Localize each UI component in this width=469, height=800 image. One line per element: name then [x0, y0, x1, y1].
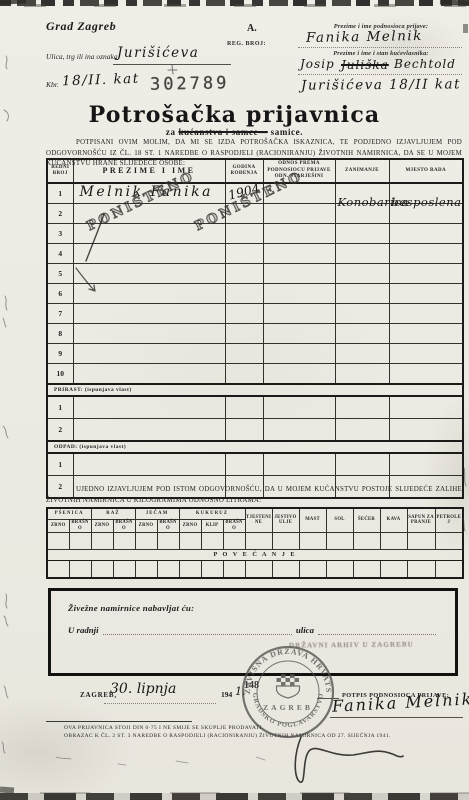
col-sol: SOL — [326, 508, 353, 532]
supplies-data-row — [47, 532, 463, 549]
row-number: 10 — [47, 364, 73, 385]
pen-flourish — [295, 737, 403, 782]
row-number: 3 — [47, 224, 73, 244]
document-scan: Grad Zagreb A. REG. BROJ: 302789 Prezime… — [0, 0, 469, 800]
col-header-mjesto-rada: MJESTO RADA — [389, 159, 463, 183]
povecanje-row: P O V E Ć A N J E — [47, 549, 463, 560]
person-row: 5 — [47, 264, 463, 284]
workplace-handwritten: besposlena — [392, 195, 462, 209]
pen-tick — [168, 65, 177, 74]
person-row: 4 — [47, 244, 463, 264]
landlord-address-handwritten: Jurišićeva 18/II kat — [301, 76, 461, 93]
torn-edge-top-shadow — [0, 4, 469, 7]
row-number: 2 — [47, 419, 73, 442]
person-row: 8 — [47, 324, 463, 344]
sub-klip: KLIP — [201, 520, 223, 533]
supplies-data-row — [47, 560, 463, 578]
col-kava: KAVA — [380, 508, 407, 532]
page-number: 148 — [244, 680, 259, 691]
povecanje-label: P O V E Ć A N J E — [47, 549, 463, 560]
sub-brasno: BRAŠNO — [113, 520, 135, 533]
year-printed: 194 — [221, 690, 232, 699]
margin-mark — [3, 426, 8, 438]
subtitle-prefix: za — [166, 127, 176, 137]
blank-line — [318, 624, 436, 635]
row-number: 2 — [47, 204, 73, 224]
form-title: Potrošačka prijavnica — [0, 102, 469, 128]
reg-number-stamp: 302789 — [150, 73, 230, 94]
landlord-last-handwritten: Bechtold — [394, 57, 456, 71]
street-handwritten: Jurišićeva — [117, 45, 199, 61]
sub-brasno: BRAŠNO — [69, 520, 91, 533]
subtitle-suffix: samice. — [271, 127, 303, 137]
col-header-zanimanje: ZANIMANJE — [335, 159, 389, 183]
sub-zrno: ZRNO — [91, 520, 113, 533]
col-petrolej: PETROLEJ — [435, 508, 463, 532]
form-subtitle: za kućanstva i samce— samice. — [0, 127, 469, 137]
row-number: 9 — [47, 344, 73, 364]
date-handwritten: 30. lipnja — [110, 681, 176, 697]
col-tjestenine: TJESTENINE — [245, 508, 272, 532]
supplies-group-header-row: PŠENICA RAŽ JEČAM KUKURUZ TJESTENINE JES… — [47, 508, 463, 520]
person-row: 6 — [47, 284, 463, 304]
col-secer: ŠEĆER — [353, 508, 380, 532]
ruled-line — [298, 74, 462, 75]
odpad-row: 1 — [47, 453, 463, 476]
row-number: 1 — [47, 453, 73, 476]
fill-note: (ispunjava vlast) — [79, 444, 126, 450]
purchase-line: U radnji ulica — [68, 624, 440, 635]
margin-mark — [4, 594, 8, 626]
edge-speck — [0, 787, 14, 794]
row-number: 1 — [47, 396, 73, 419]
landlord-first-handwritten: Josip — [300, 57, 335, 71]
street-label: Ulica, trg ili ina oznaka — [46, 52, 118, 61]
row-number: 8 — [47, 324, 73, 344]
reg-number-label: REG. BROJ: — [227, 41, 266, 47]
odpad-section-bar: ODPAD: (ispunjava vlast) — [47, 441, 463, 453]
row-number: 6 — [47, 284, 73, 304]
person-row: 7 — [47, 304, 463, 324]
edge-speck — [463, 24, 468, 33]
margin-mark — [6, 56, 7, 69]
occupation-cell: Konobarica — [335, 183, 389, 204]
purchase-heading: Živežne namirnice nabavljat ću: — [68, 603, 194, 613]
fineprint-line1: OVA PRIJAVNICA STOJI DIN 0·75 I NE SMIJE… — [64, 725, 264, 731]
row-number: 4 — [47, 244, 73, 264]
col-header-redni-broj: REDNI BROJ — [47, 159, 73, 183]
prirast-label: PRIRAST: — [54, 387, 83, 393]
sub-brasno: BRAŠNO — [157, 520, 179, 533]
col-raz: RAŽ — [91, 508, 135, 520]
edge-speck — [440, 0, 469, 6]
row-number: 5 — [47, 264, 73, 284]
prirast-row: 2 — [47, 419, 463, 442]
sub-zrno: ZRNO — [179, 520, 201, 533]
col-mast: MAST — [299, 508, 326, 532]
person-row: 3 — [47, 224, 463, 244]
ulica-label: ulica — [296, 625, 314, 635]
person-row: 9 — [47, 344, 463, 364]
seal-coat-of-arms — [277, 674, 300, 698]
u-radnji-label: U radnji — [68, 625, 99, 635]
fill-note: (ispunjava vlast) — [85, 387, 132, 393]
city-name: Grad Zagreb — [46, 19, 116, 34]
section-letter: A. — [247, 23, 257, 34]
ruled-line — [330, 717, 463, 718]
col-sapun: SAPUN ZA PRANJE — [407, 508, 435, 532]
house-number-label: Kbr. — [46, 80, 59, 89]
ruled-line — [298, 47, 462, 48]
margin-mark — [2, 686, 8, 753]
landlord-label: Prezime i ime i stan kućevlasnika: — [298, 50, 464, 57]
year-digit-handwritten: 1. — [235, 685, 246, 698]
landlord-struck-handwritten: Juliška — [341, 58, 389, 72]
odpad-label: ODPAD: — [54, 444, 78, 450]
row-number: 7 — [47, 304, 73, 324]
fineprint-line2: OBRAZAC K ČL. 2 ST. 3 NAREDBE O RASPODJE… — [64, 733, 391, 739]
supplies-table: PŠENICA RAŽ JEČAM KUKURUZ TJESTENINE JES… — [46, 507, 464, 579]
table-header-row: REDNI BROJ PREZIME I IME GODINA ROĐENJA … — [47, 159, 463, 183]
col-kukuruz: KUKURUZ — [179, 508, 245, 520]
col-jecam: JEČAM — [135, 508, 179, 520]
supplies-paragraph: UJEDNO IZJAVLJUJEM POD ISTOM ODGOVORNOŠĆ… — [46, 485, 462, 506]
ruled-line — [113, 64, 231, 65]
prirast-row: 1 — [47, 396, 463, 419]
applicant-name-handwritten: Fanika Melnik — [306, 28, 423, 46]
sub-zrno: ZRNO — [47, 520, 69, 533]
seal-center-text: ZAGREB — [263, 703, 313, 712]
torn-edge-bottom — [0, 793, 469, 800]
prirast-section-bar: PRIRAST: (ispunjava vlast) — [47, 384, 463, 396]
col-header-prezime-ime: PREZIME I IME — [73, 159, 225, 183]
sub-zrno: ZRNO — [135, 520, 157, 533]
sub-brasno: BRAŠNO — [223, 520, 245, 533]
col-psenica: PŠENICA — [47, 508, 91, 520]
blank-line — [103, 624, 292, 635]
col-jestivo-ulje: JESTIVO ULJE — [272, 508, 299, 532]
torn-edge-bottom-shadow — [0, 792, 469, 794]
workplace-cell: besposlena — [389, 183, 463, 204]
margin-mark — [3, 296, 7, 327]
ruled-line — [104, 703, 216, 704]
fineprint-rule — [46, 721, 192, 722]
row-number: 1 — [47, 183, 73, 204]
person-row: 10 — [47, 364, 463, 385]
subtitle-struck-text: kućanstva i samce— — [178, 127, 267, 137]
pencil-smudges — [56, 757, 265, 765]
house-number-handwritten: 18/II. kat — [62, 71, 140, 90]
